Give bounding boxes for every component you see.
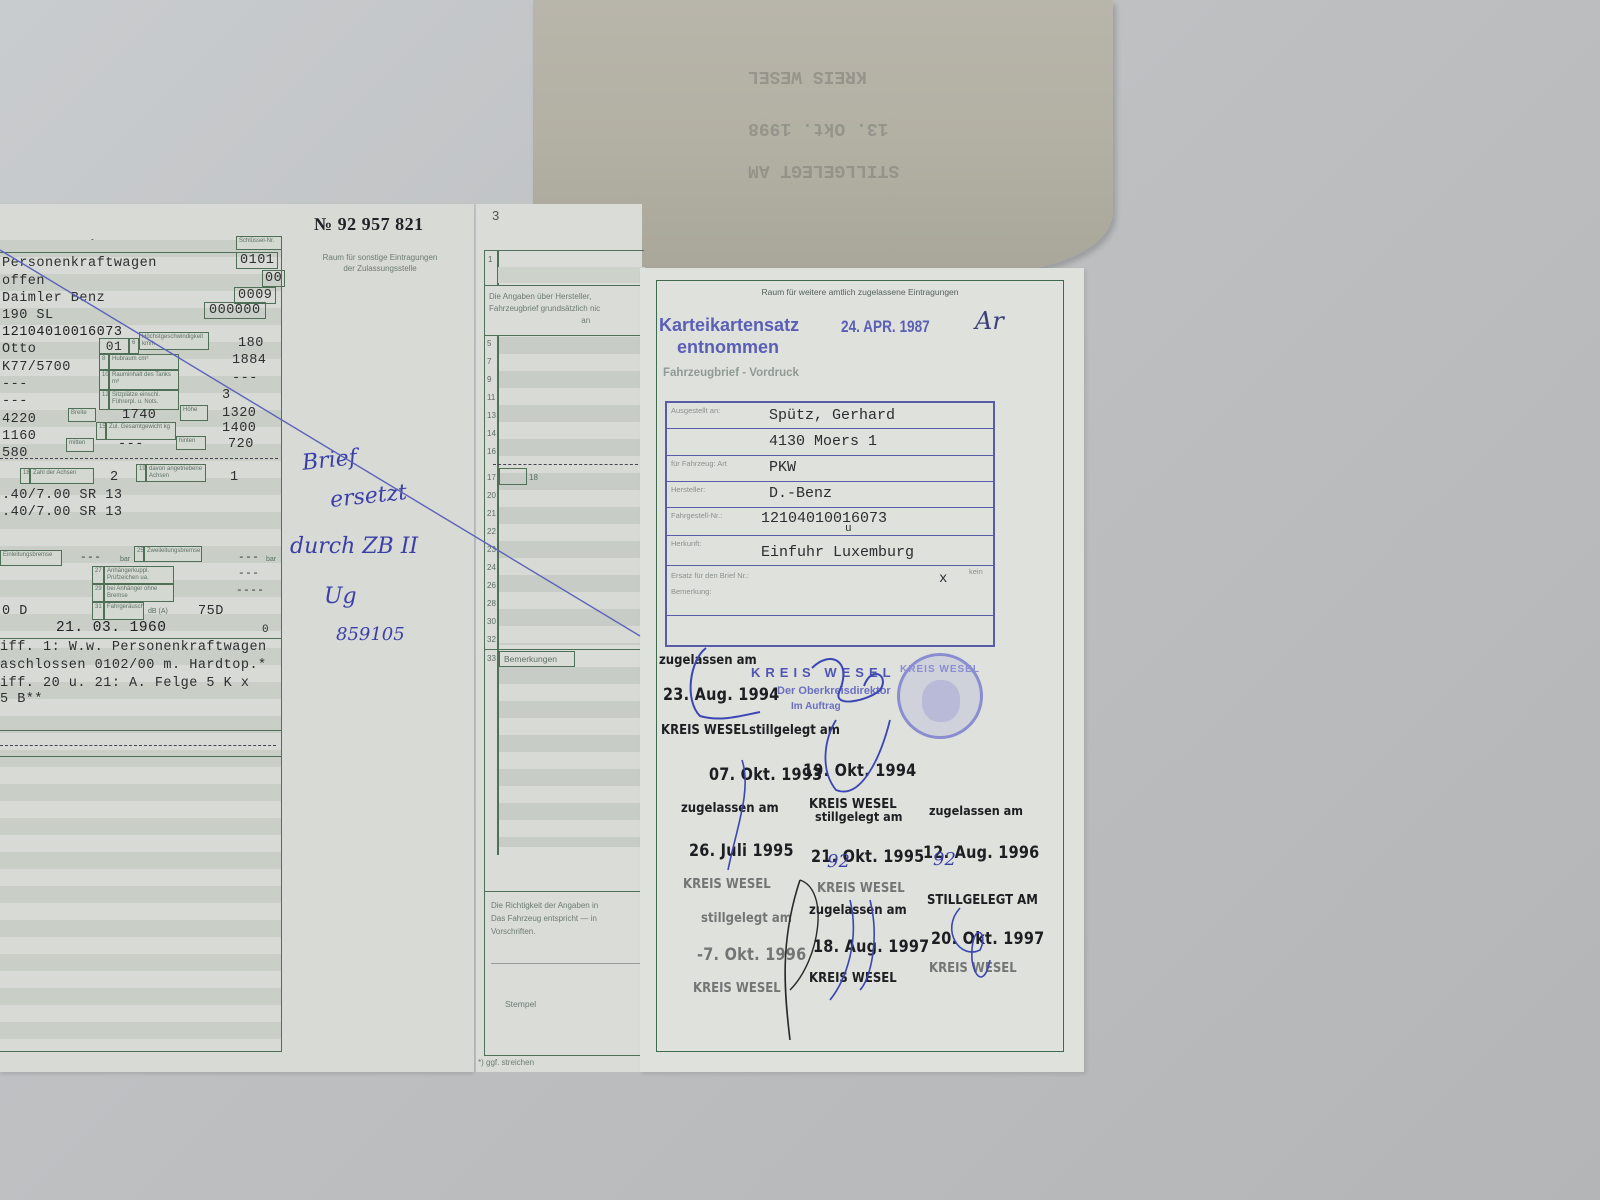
handwritten-note: durch ZB II (290, 534, 418, 559)
field-label: Höhe (180, 405, 208, 421)
unit-label: dB (A) (148, 608, 168, 615)
width: 1740 (122, 408, 156, 423)
row-number: 24 (487, 563, 496, 572)
kreis-wesel-blue: KREIS WESEL (751, 665, 896, 680)
owner-address: 4130 Moers 1 (769, 433, 877, 450)
cert-line: Vorschriften. (491, 925, 598, 938)
row-number: 11 (487, 393, 495, 402)
field-num: 29 (92, 584, 104, 602)
vehicle-origin: Einfuhr Luxemburg (761, 544, 914, 561)
owner-label: für Fahrzeug: Art (671, 459, 727, 468)
field-num: 15 (96, 422, 106, 440)
right-page: Raum für weitere amtlich zugelassene Ein… (640, 268, 1084, 1072)
im-auftrag: Im Auftrag (791, 701, 841, 712)
kartei-date: 24. APR. 1987 (841, 317, 930, 337)
owner-label: Herkunft: (671, 539, 701, 548)
row-number: 16 (487, 447, 496, 456)
stamp-authority: KREIS WESEL (693, 981, 781, 996)
row-number: 9 (487, 375, 491, 384)
stamp-date: 20. Okt. 1997 (931, 929, 1044, 949)
axle-count: 2 (110, 470, 119, 485)
round-seal: KREIS WESEL (897, 653, 983, 739)
stamp-authority: KREIS WESEL (929, 961, 1017, 976)
row-number: 28 (487, 599, 496, 608)
trailer-value: ---- (236, 585, 264, 597)
stamp-date: 19. Okt. 1994 (803, 761, 916, 781)
owner-label: Hersteller: (671, 485, 705, 494)
row-number: 14 (487, 429, 496, 438)
stamp-date: -7. Okt. 1996 (697, 945, 806, 965)
field-label: Zahl der Achsen (30, 468, 94, 484)
field-num: 31 (92, 602, 104, 620)
stamp-label: stillgelegt am (815, 809, 902, 824)
gross-weight: 1400 (222, 421, 256, 436)
stamp-label: stillgelegt am (749, 723, 840, 738)
row-number: 1 (488, 255, 492, 264)
model: 190 SL (2, 308, 54, 323)
handwritten-initials: 92 (827, 851, 850, 872)
middle-axle-load: --- (118, 437, 144, 452)
certification-text: Die Richtigkeit der Angaben in Das Fahrz… (491, 899, 598, 938)
remark-line: aschlossen 0102/00 m. Hardtop.* (0, 658, 267, 673)
field-label: Rauminhalt des Tanks m³ (109, 370, 179, 390)
unit-label: bar (266, 556, 276, 563)
row-number: 13 (487, 411, 496, 420)
stamp-date: 23. Aug. 1994 (663, 685, 780, 705)
row-dash-2: --- (2, 394, 28, 409)
remark-line: iff. 20 u. 21: A. Felge 5 K x (0, 676, 249, 691)
middle-page: 3 1 Die Angaben über Hersteller, Fahrzeu… (476, 204, 642, 1072)
field-label: mitten (66, 438, 94, 452)
field-label: davon angetriebene Achsen (146, 464, 206, 482)
engine-code: K77/5700 (2, 360, 71, 375)
row-number: 7 (487, 357, 491, 366)
first-registration-date: 21. 03. 1960 (56, 620, 166, 636)
empty-weight: 1160 (2, 429, 36, 444)
owner-chassis-number: 12104010016073 (761, 510, 887, 527)
cert-line: Das Fahrzeug entspricht — in (491, 912, 598, 925)
field-num: 10 (99, 370, 109, 390)
handwritten-note: Brief (301, 445, 358, 476)
page-number: 3 (492, 208, 499, 223)
row-number: 33 (487, 654, 496, 663)
row-number: 30 (487, 617, 496, 626)
form-subtitle: Fahrzeugbrief - Vordruck (663, 367, 799, 379)
field-num: 8 (99, 354, 109, 370)
field-label: Zweileitungsbremse (144, 546, 202, 562)
field-num: 6 (129, 338, 139, 354)
displacement: 1884 (232, 353, 266, 368)
curl-mirror-text: KREIS WESEL (748, 66, 867, 86)
footnote: *) ggf. streichen (478, 1058, 534, 1067)
seal-text: KREIS WESEL (900, 664, 980, 675)
entries-frame: Raum für weitere amtlich zugelassene Ein… (656, 280, 1064, 1052)
fuel-code: 01 (99, 338, 129, 354)
field-num: 25 (134, 546, 144, 562)
length: 4220 (2, 412, 36, 427)
left-page: A Schlüssel-Nr. Personenkraftwagen 0101 … (0, 204, 474, 1072)
owner-label: Ausgestellt an: (671, 406, 720, 415)
curl-mirror-text: 13. Okt. 1998 (748, 118, 888, 138)
kartei-stamp: Karteikartensatz (659, 315, 799, 336)
row-number: 32 (487, 635, 496, 644)
field-label: Sitzplätze einschl. Führerpl. u. Nots. (109, 390, 179, 410)
rear-axle-load: 720 (228, 437, 254, 452)
engine-type: Otto (2, 342, 36, 357)
tank-volume: --- (232, 371, 258, 386)
body-code: 00 (262, 270, 285, 287)
entries-header: Raum für weitere amtlich zugelassene Ein… (657, 287, 1063, 297)
handwritten-initials: 92 (933, 849, 956, 870)
field-label: Einleitungsbremse (0, 550, 62, 566)
seats: 3 (222, 388, 231, 403)
driven-axles: 1 (230, 470, 239, 485)
owner-name: Spütz, Gerhard (769, 407, 895, 424)
remarks-label: Bemerkungen (499, 651, 575, 667)
brake1-value: --- (80, 552, 101, 564)
stamp-label: zugelassen am (659, 653, 757, 668)
tyre-front: .40/7.00 SR 13 (2, 488, 122, 503)
coupling-value: --- (238, 568, 259, 580)
note-line: Die Angaben über Hersteller, (489, 291, 600, 303)
row-number: 18 (529, 473, 538, 482)
manufacturer-note: Die Angaben über Hersteller, Fahrzeugbri… (489, 291, 600, 327)
row-number: 23 (487, 545, 496, 554)
field-label: Höchstgeschwindigkeit km/h (139, 332, 209, 350)
field-label: Anhängerkuppl. Prüfzeichen ua. (104, 566, 174, 584)
serial-number: № 92 957 821 (314, 214, 424, 235)
field-label: Fahrgeräusch (104, 602, 144, 620)
stamp-authority: KREIS WESEL (817, 881, 905, 896)
max-speed: 180 (238, 336, 264, 351)
vehicle-class: Personenkraftwagen (2, 256, 157, 271)
key-code: 0101 (236, 252, 278, 269)
stamp-label: stillgelegt am (701, 911, 792, 926)
row-d: 0 D (2, 604, 28, 619)
field-num: 19 (136, 464, 146, 482)
row-number: 5 (487, 339, 491, 348)
cert-line: Die Richtigkeit der Angaben in (491, 899, 598, 912)
model-code: 000000 (204, 302, 266, 319)
curl-mirror-text: STILLGELEGT AM (748, 160, 899, 180)
field-label: bei Anhänger ohne Bremse (104, 584, 174, 602)
stamp-label: STILLGELEGT AM (927, 893, 1038, 908)
vehicle-manufacturer: D.-Benz (769, 485, 832, 502)
handwritten-note: 859105 (336, 624, 405, 645)
brake2-value: --- (238, 552, 259, 564)
vehicle-type: PKW (769, 459, 796, 476)
stamp-authority: KREIS WESEL (661, 723, 749, 738)
owner-label: Fahrgestell-Nr.: (671, 511, 722, 520)
middle-form: 1 Die Angaben über Hersteller, Fahrzeugb… (484, 250, 644, 1056)
date-suffix: 0 (262, 624, 269, 636)
stamp-date: 26. Juli 1995 (689, 841, 794, 861)
stamp-date: 18. Aug. 1997 (813, 937, 930, 957)
field-num: 27 (92, 566, 104, 584)
body-type: offen (2, 274, 45, 289)
field-num: 12 (99, 390, 109, 410)
key-header: Schlüssel-Nr. (236, 236, 282, 250)
handwritten-note: ersetzt (329, 480, 408, 513)
noise-level: 75D (198, 604, 224, 619)
owner-label: Bemerkung: (671, 587, 711, 596)
stamp-label: zugelassen am (809, 903, 907, 918)
row-number: 21 (487, 509, 496, 518)
height: 1320 (222, 406, 256, 421)
field-label: hinten (176, 436, 206, 450)
manufacturer: Daimler Benz (2, 291, 105, 306)
remark-line: 5 B** (0, 692, 43, 707)
note-line: an (489, 315, 600, 327)
row-number: 20 (487, 491, 496, 500)
stamp-label: Stempel (505, 999, 536, 1009)
stamp-label: zugelassen am (929, 803, 1023, 818)
chassis-mark: u (845, 523, 852, 535)
initials: Ar (975, 307, 1004, 335)
kartei-stamp: entnommen (677, 337, 779, 358)
space-note-line: der Zulassungsstelle (300, 263, 460, 274)
unit-label: bar (120, 556, 130, 563)
field-label: Breite (68, 408, 96, 422)
row-number: 17 (487, 473, 496, 482)
tyre-rear: .40/7.00 SR 13 (2, 505, 122, 520)
form-section-a: Schlüssel-Nr. Personenkraftwagen 0101 of… (0, 240, 282, 1052)
stamp-authority: KREIS WESEL (683, 877, 771, 892)
row-number: 22 (487, 527, 496, 536)
row-number: 26 (487, 581, 496, 590)
field-num: 18 (20, 468, 30, 484)
oberkreisdirektor: Der Oberkreisdirektor (777, 685, 891, 697)
row-dash-1: --- (2, 377, 28, 392)
field-label: Hubraum cm³ (109, 354, 179, 370)
stamp-authority: KREIS WESEL (809, 971, 897, 986)
space-note-line: Raum für sonstige Eintragungen (300, 252, 460, 263)
owner-box: Ausgestellt an: Spütz, Gerhard 4130 Moer… (665, 401, 995, 647)
stamp-label: zugelassen am (681, 801, 779, 816)
space-note: Raum für sonstige Eintragungen der Zulas… (300, 252, 460, 274)
remark-line: iff. 1: W.w. Personenkraftwagen (0, 640, 267, 655)
note-line: Fahrzeugbrief grundsätzlich nic (489, 303, 600, 315)
handwritten-note: Ug (324, 584, 357, 609)
